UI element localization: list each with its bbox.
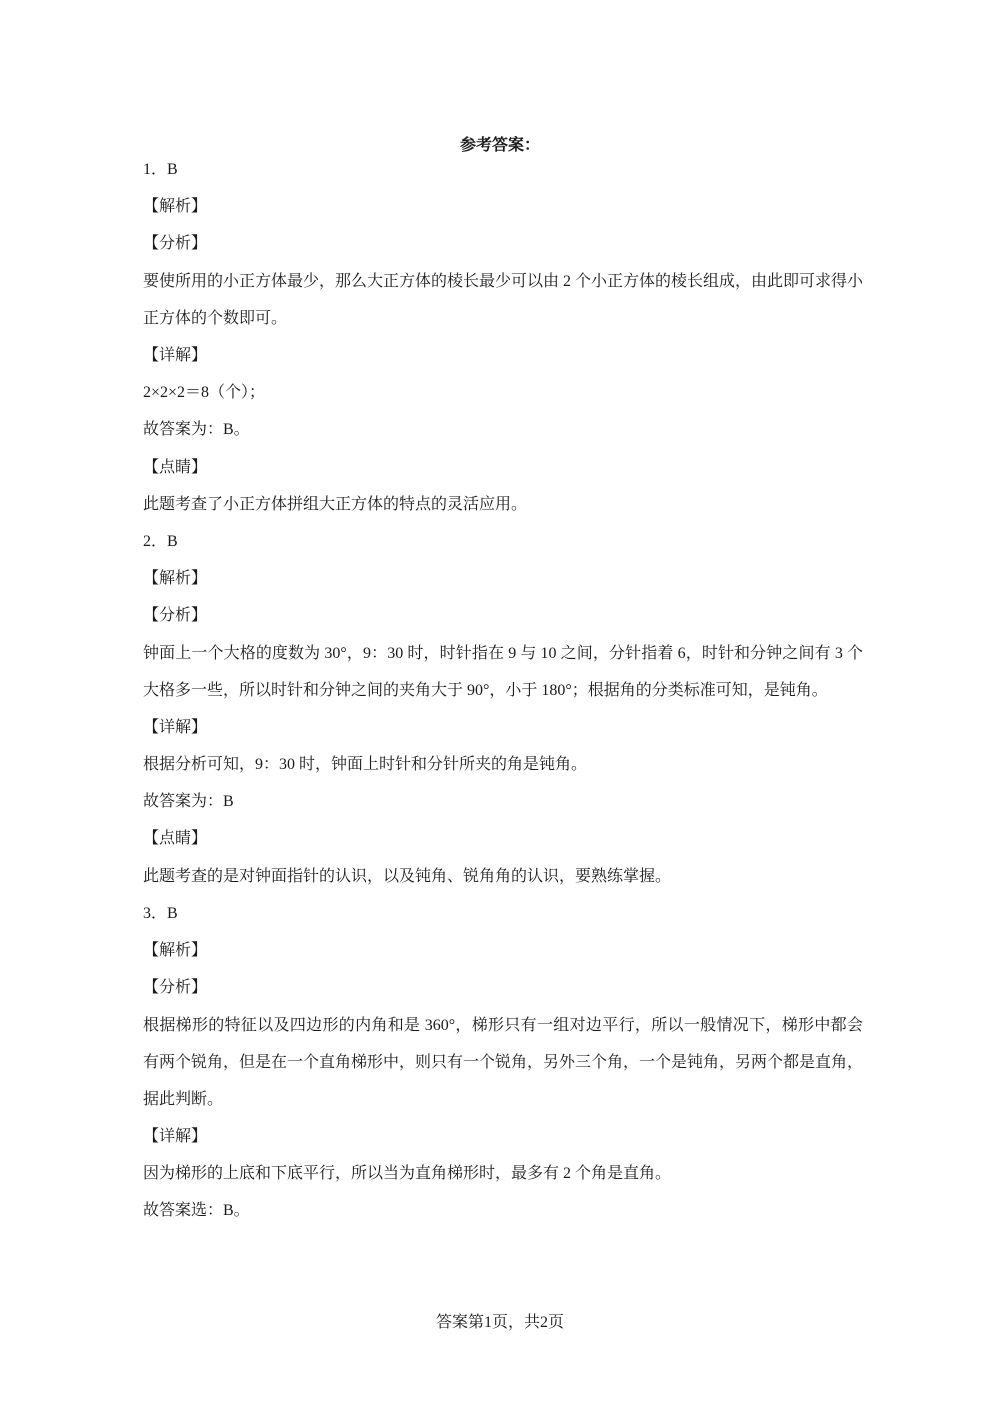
dianjing-label: 【点睛】 xyxy=(143,827,863,851)
answer-line: 2．B xyxy=(143,530,863,554)
fenxi-label: 【分析】 xyxy=(143,232,863,256)
fenxi-text: 根据梯形的特征以及四边形的内角和是 360°，梯形只有一组对边平行，所以一般情况… xyxy=(143,1007,863,1119)
question-1: 1．B 【解析】 【分析】 要使所用的小正方体最少，那么大正方体的棱长最少可以由… xyxy=(143,158,863,517)
jiexi-label: 【解析】 xyxy=(143,939,863,963)
jiexi-label: 【解析】 xyxy=(143,567,863,591)
question-3: 3．B 【解析】 【分析】 根据梯形的特征以及四边形的内角和是 360°，梯形只… xyxy=(143,902,863,1224)
xiangjie-line: 因为梯形的上底和下底平行，所以当为直角梯形时，最多有 2 个角是直角。 xyxy=(143,1162,863,1186)
xiangjie-label: 【详解】 xyxy=(143,716,863,740)
xiangjie-line: 2×2×2＝8（个）； xyxy=(143,381,863,405)
question-2: 2．B 【解析】 【分析】 钟面上一个大格的度数为 30°，9：30 时，时针指… xyxy=(143,530,863,889)
xiangjie-line: 故答案为：B xyxy=(143,790,863,814)
document-page: 参考答案： 1．B 【解析】 【分析】 要使所用的小正方体最少，那么大正方体的棱… xyxy=(0,0,1000,1415)
answer-line: 3．B xyxy=(143,902,863,926)
page-footer: 答案第1页，共2页 xyxy=(0,1311,1000,1335)
dianjing-label: 【点睛】 xyxy=(143,456,863,480)
xiangjie-label: 【详解】 xyxy=(143,344,863,368)
xiangjie-line: 故答案为：B。 xyxy=(143,418,863,442)
fenxi-text: 钟面上一个大格的度数为 30°，9：30 时，时针指在 9 与 10 之间，分针… xyxy=(143,635,863,709)
fenxi-text: 要使所用的小正方体最少，那么大正方体的棱长最少可以由 2 个小正方体的棱长组成，… xyxy=(143,263,863,337)
answer-content: 1．B 【解析】 【分析】 要使所用的小正方体最少，那么大正方体的棱长最少可以由… xyxy=(143,158,863,1237)
jiexi-label: 【解析】 xyxy=(143,195,863,219)
page-title: 参考答案： xyxy=(0,134,1000,158)
xiangjie-line: 故答案选：B。 xyxy=(143,1199,863,1223)
dianjing-text: 此题考查了小正方体拼组大正方体的特点的灵活应用。 xyxy=(143,493,863,517)
xiangjie-line: 根据分析可知，9：30 时，钟面上时针和分针所夹的角是钝角。 xyxy=(143,753,863,777)
fenxi-label: 【分析】 xyxy=(143,604,863,628)
fenxi-label: 【分析】 xyxy=(143,976,863,1000)
dianjing-text: 此题考查的是对钟面指针的认识，以及钝角、锐角角的认识，要熟练掌握。 xyxy=(143,865,863,889)
xiangjie-label: 【详解】 xyxy=(143,1125,863,1149)
answer-line: 1．B xyxy=(143,158,863,182)
